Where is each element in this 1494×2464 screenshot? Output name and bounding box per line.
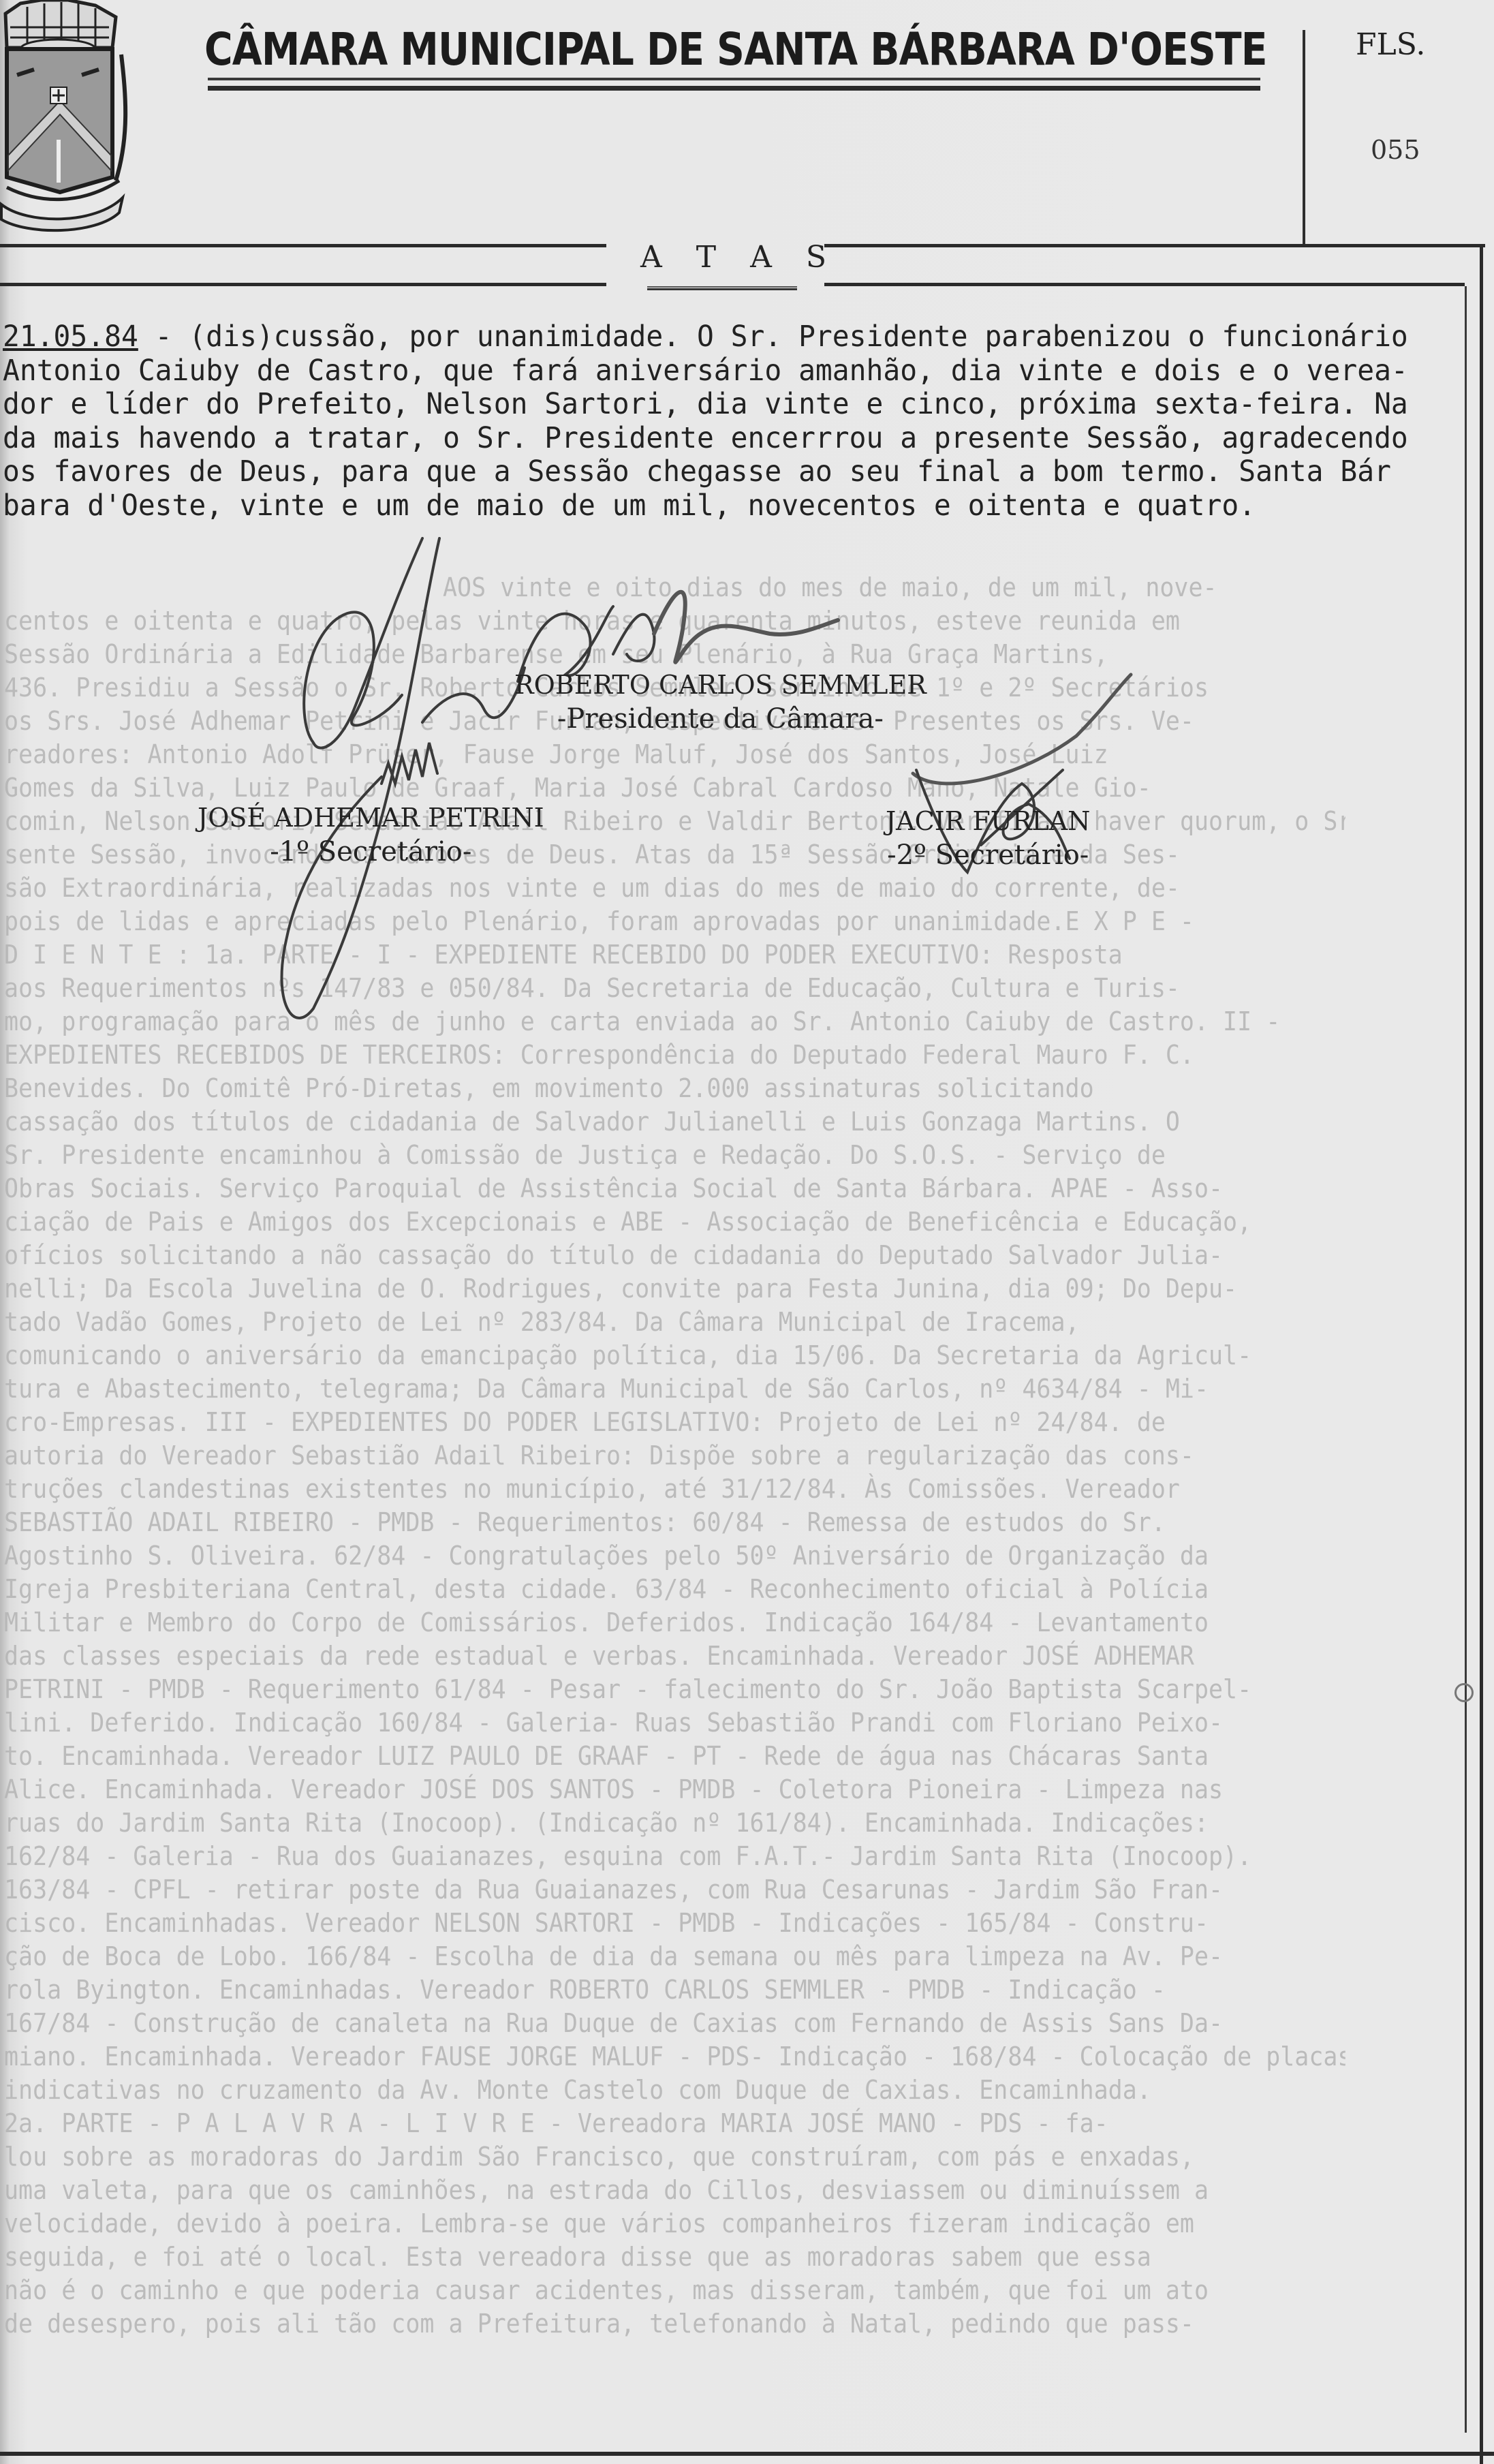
ghost-line: AOS vinte e oito dias do mes de maio, de… (4, 571, 1345, 604)
signature-block-first-secretary: JOSÉ ADHEMAR PETRINI -1º Secretário- (198, 801, 544, 869)
signatory-role: -1º Secretário- (198, 835, 544, 869)
frame-border-inner (1465, 286, 1467, 2433)
ghost-line: autoria do Vereador Sebastião Adail Ribe… (4, 1439, 1345, 1473)
minutes-line: Antonio Caiuby de Castro, que fará anive… (3, 354, 1402, 388)
signatory-name: JACIR FURLAN (886, 804, 1090, 838)
minutes-line: 21.05.84 - (dis)cussão, por unanimidade.… (3, 320, 1402, 354)
ghost-line: Gomes da Silva, Luiz Paulo de Graaf, Mar… (4, 771, 1345, 805)
ghost-line: velocidade, devido à poeira. Lembra-se q… (4, 2207, 1345, 2240)
ghost-line: tura e Abastecimento, telegrama; Da Câma… (4, 1372, 1345, 1406)
frame-border-bottom (0, 2452, 1494, 2456)
signature-block-second-secretary: JACIR FURLAN -2º Secretário- (886, 804, 1090, 872)
ghost-line: D I E N T E : 1a. PARTE - I - EXPEDIENTE… (4, 938, 1345, 972)
frame-rule (0, 244, 606, 247)
ghost-line: pois de lidas e apreciadas pelo Plenário… (4, 905, 1345, 938)
ghost-line: comunicando o aniversário da emancipação… (4, 1339, 1345, 1372)
minutes-line: os favores de Deus, para que a Sessão ch… (3, 455, 1402, 489)
minutes-line: bara d'Oeste, vinte e um de maio de um m… (3, 489, 1402, 523)
ghost-line: de desespero, pois ali tão com a Prefeit… (4, 2307, 1345, 2341)
binding-hole-icon (1454, 1683, 1474, 1702)
ghost-line: tado Vadão Gomes, Projeto de Lei nº 283/… (4, 1306, 1345, 1339)
frame-rule (824, 283, 1465, 286)
ghost-line: Sr. Presidente encaminhou à Comissão de … (4, 1139, 1345, 1172)
title-underline (208, 78, 1260, 80)
frame-border-right (1480, 244, 1483, 2464)
ghost-line: seguida, e foi até o local. Esta vereado… (4, 2240, 1345, 2274)
ghost-line: são Extraordinária, realizadas nos vinte… (4, 872, 1345, 905)
folio-number: 055 (1371, 135, 1420, 165)
ghost-line: uma valeta, para que os caminhões, na es… (4, 2174, 1345, 2207)
title-underline-thick (208, 86, 1260, 91)
frame-rule (824, 244, 1485, 247)
frame-rule (0, 283, 606, 286)
header-divider (1303, 30, 1305, 247)
ghost-line: 167/84 - Construção de canaleta na Rua D… (4, 2007, 1345, 2040)
ghost-line: ofícios solicitando a não cassação do tí… (4, 1239, 1345, 1272)
ghost-line: EXPEDIENTES RECEBIDOS DE TERCEIROS: Corr… (4, 1038, 1345, 1072)
signatory-role: -Presidente da Câmara- (514, 702, 927, 736)
ghost-line: to. Encaminhada. Vereador LUIZ PAULO DE … (4, 1740, 1345, 1773)
ghost-line: Sessão Ordinária a Edilidade Barbarense … (4, 638, 1345, 671)
ghost-line: lou sobre as moradoras do Jardim São Fra… (4, 2140, 1345, 2174)
ghost-line: PETRINI - PMDB - Requerimento 61/84 - Pe… (4, 1673, 1345, 1706)
document-page: CÂMARA MUNICIPAL DE SANTA BÁRBARA D'OEST… (0, 0, 1494, 2464)
ghost-line: cro-Empresas. III - EXPEDIENTES DO PODER… (4, 1406, 1345, 1439)
ghost-line: indicativas no cruzamento da Av. Monte C… (4, 2074, 1345, 2107)
minutes-line: dor e líder do Prefeito, Nelson Sartori,… (3, 388, 1402, 422)
ghost-line: cisco. Encaminhadas. Vereador NELSON SAR… (4, 1907, 1345, 1940)
ghost-line: Militar e Membro do Corpo de Comissários… (4, 1606, 1345, 1639)
signatory-name: JOSÉ ADHEMAR PETRINI (198, 801, 544, 835)
ghost-line: nelli; Da Escola Juvelina de O. Rodrigue… (4, 1272, 1345, 1306)
institution-title: CÂMARA MUNICIPAL DE SANTA BÁRBARA D'OEST… (204, 23, 1267, 76)
signatory-name: ROBERTO CARLOS SEMMLER (514, 668, 927, 702)
folio-label: FLS. (1356, 27, 1425, 62)
section-title: A T A S (640, 240, 839, 275)
ghost-line: ruas do Jardim Santa Rita (Inocoop). (In… (4, 1806, 1345, 1840)
section-title-underline (647, 286, 797, 290)
minutes-line: da mais havendo a tratar, o Sr. Presiden… (3, 422, 1402, 456)
ghost-line: Igreja Presbiteriana Central, desta cida… (4, 1573, 1345, 1606)
ghost-line: Obras Sociais. Serviço Paroquial de Assi… (4, 1172, 1345, 1205)
municipal-crest-icon (0, 0, 129, 235)
ghost-line: lini. Deferido. Indicação 160/84 - Galer… (4, 1706, 1345, 1740)
ghost-line: centos e oitenta e quatro, pelas vinte h… (4, 604, 1345, 638)
ghost-line: 163/84 - CPFL - retirar poste da Rua Gua… (4, 1873, 1345, 1907)
ghost-line: cassação dos títulos de cidadania de Sal… (4, 1105, 1345, 1139)
ghost-line: mo, programação para o mês de junho e ca… (4, 1005, 1345, 1038)
ghost-line: Alice. Encaminhada. Vereador JOSÉ DOS SA… (4, 1773, 1345, 1806)
minutes-body: 21.05.84 - (dis)cussão, por unanimidade.… (3, 320, 1402, 523)
ghost-line: rola Byington. Encaminhadas. Vereador RO… (4, 1973, 1345, 2007)
ghost-line: Agostinho S. Oliveira. 62/84 - Congratul… (4, 1539, 1345, 1573)
ghost-line: SEBASTIÃO ADAIL RIBEIRO - PMDB - Requeri… (4, 1506, 1345, 1539)
ghost-line: das classes especiais da rede estadual e… (4, 1639, 1345, 1673)
ghost-line: ção de Boca de Lobo. 166/84 - Escolha de… (4, 1940, 1345, 1973)
ghost-line: truções clandestinas existentes no munic… (4, 1473, 1345, 1506)
ghost-line: readores: Antonio Adolf Prüser, Fause Jo… (4, 738, 1345, 771)
ghost-line: ciação de Pais e Amigos dos Excepcionais… (4, 1205, 1345, 1239)
signatory-role: -2º Secretário- (886, 838, 1090, 872)
ghost-line: miano. Encaminhada. Vereador FAUSE JORGE… (4, 2040, 1345, 2074)
signature-block-president: ROBERTO CARLOS SEMMLER -Presidente da Câ… (514, 668, 927, 736)
minutes-date: 21.05.84 (3, 320, 138, 354)
ghost-line: 2a. PARTE - P A L A V R A - L I V R E - … (4, 2107, 1345, 2140)
ghost-line: aos Requerimentos nºs 147/83 e 050/84. D… (4, 972, 1345, 1005)
ghost-line: Benevides. Do Comitê Pró-Diretas, em mov… (4, 1072, 1345, 1105)
ghost-line: 162/84 - Galeria - Rua dos Guaianazes, e… (4, 1840, 1345, 1873)
ghost-line: não é o caminho e que poderia causar aci… (4, 2274, 1345, 2307)
